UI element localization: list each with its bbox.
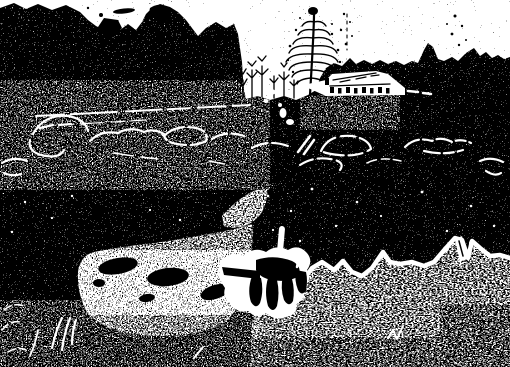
halftone-photo bbox=[0, 0, 510, 367]
